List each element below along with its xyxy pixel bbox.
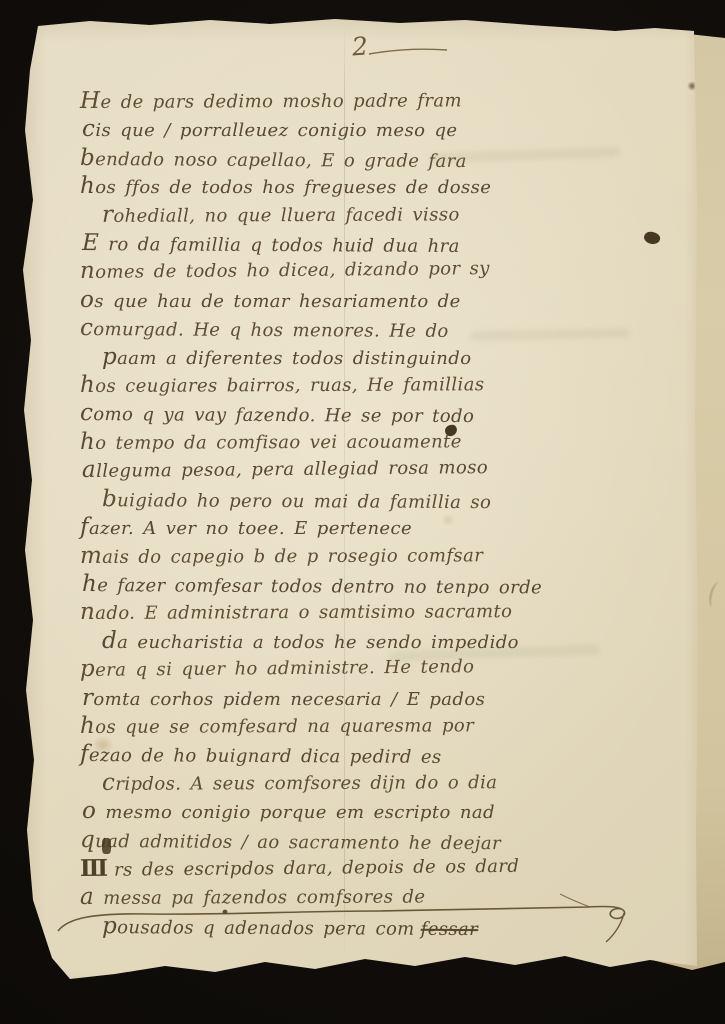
manuscript-line: fazer. A ver no toee. E pertenece	[80, 514, 680, 542]
manuscript-line-text: cripdos. A seus comfsores dijn do o dia	[102, 772, 497, 795]
backing-leaf-ink-mark	[707, 581, 725, 609]
manuscript-line: cis que / porralleuez conigio meso qe	[80, 116, 680, 144]
manuscript-line-text: fezao de ho buignard dica pedird es	[80, 745, 442, 768]
manuscript-line: paam a diferentes todos distinguindo	[80, 344, 680, 372]
ink-blot	[102, 838, 111, 854]
manuscript-line-text: fazer. A ver no toee. E pertenece	[80, 518, 412, 539]
manuscript-line: bendado noso capellao, E o grade fara	[80, 145, 680, 177]
manuscript-line-text: he fazer comfesar todos dentro no tenpo …	[82, 575, 542, 598]
manuscript-line: hos que se comfesard na quaresma por	[80, 710, 680, 741]
paragraph-mark: Ⅲ	[80, 860, 106, 881]
manuscript-line-text: nado. E administrara o samtisimo sacramt…	[80, 601, 512, 624]
manuscript-line: mais do capegio b de p rosegio comfsar	[80, 540, 680, 571]
struck-word: fessar	[421, 919, 479, 940]
manuscript-line-text: comurgad. He q hos menores. He do	[80, 319, 449, 342]
manuscript-line-text: a messa pa fazendos comfsores de	[80, 887, 426, 910]
manuscript-line: hos ffos de todos hos fregueses de dosse	[80, 173, 680, 201]
photo-of-manuscript: 2 He de pars dedimo mosho padre framcis …	[0, 0, 725, 1024]
manuscript-line-text: bendado noso capellao, E o grade fara	[80, 149, 467, 172]
manuscript-line: nado. E administrara o samtisimo sacramt…	[80, 597, 680, 628]
manuscript-line-text: hos ffos de todos hos fregueses de dosse	[80, 177, 491, 198]
folio-number: 2	[351, 31, 369, 61]
manuscript-line-text: da eucharistia a todos he sendo impedido	[102, 632, 519, 653]
manuscript-line-text: como q ya vay fazendo. He se por todo	[80, 404, 474, 427]
manuscript-line-text: pera q si quer ho administre. He tendo	[80, 656, 475, 681]
manuscript-line: He de pars dedimo mosho padre fram	[80, 85, 680, 116]
manuscript-line-text: buigiado ho pero ou mai da famillia so	[102, 490, 491, 513]
manuscript-line-text: ho tempo da comfisao vei acouamente	[80, 431, 462, 454]
manuscript-line-text: paam a diferentes todos distinguindo	[102, 348, 471, 369]
manuscript-line-text: rohediall, no que lluera facedi visso	[102, 204, 460, 227]
manuscript-line: rohediall, no que lluera facedi visso	[80, 199, 680, 230]
manuscript-line-text: os que hau de tomar hesariamento de	[80, 291, 461, 312]
manuscript-text-block: He de pars dedimo mosho padre framcis qu…	[80, 88, 680, 941]
manuscript-line-text: He de pars dedimo mosho padre fram	[80, 90, 462, 113]
manuscript-page: 2 He de pars dedimo mosho padre framcis …	[0, 0, 725, 1024]
manuscript-line: o mesmo conigio porque em escripto nad	[80, 798, 680, 826]
manuscript-line-text: quad admitidos / ao sacramento he deejar	[80, 831, 501, 854]
manuscript-line: pousados q adenados pera comfessar	[80, 913, 680, 945]
manuscript-line: hos ceugiares bairros, ruas, He famillia…	[80, 369, 680, 400]
manuscript-line-text: o mesmo conigio porque em escripto nad	[82, 802, 495, 823]
manuscript-line: Ⅲrs des escripdos dara, depois de os dar…	[80, 849, 680, 884]
manuscript-line: comurgad. He q hos menores. He do	[80, 315, 680, 347]
manuscript-line-text: E ro da famillia q todos huid dua hra	[82, 234, 460, 257]
manuscript-line: buigiado ho pero ou mai da famillia so	[80, 486, 680, 518]
manuscript-line-text: nomes de todos ho dicea, dizando por sy	[80, 259, 490, 284]
manuscript-line-text: hos que se comfesard na quaresma por	[80, 715, 474, 738]
manuscript-line-text: cis que / porralleuez conigio meso qe	[82, 120, 457, 141]
manuscript-line: romta corhos pidem necesaria / E pados	[80, 685, 680, 713]
manuscript-line-text: mais do capegio b de p rosegio comfsar	[80, 545, 483, 568]
manuscript-line: alleguma pesoa, pera allegiad rosa moso	[80, 452, 680, 486]
manuscript-line-text: rs des escripdos dara, depois de os dard	[114, 856, 519, 881]
manuscript-line-text: romta corhos pidem necesaria / E pados	[82, 689, 485, 710]
manuscript-line: pera q si quer ho administre. He tendo	[80, 650, 680, 684]
manuscript-line: a messa pa fazendos comfsores de	[80, 882, 680, 913]
manuscript-line-text: alleguma pesoa, pera allegiad rosa moso	[82, 457, 488, 482]
manuscript-line: os que hau de tomar hesariamento de	[80, 287, 680, 315]
manuscript-line: cripdos. A seus comfsores dijn do o dia	[80, 767, 680, 798]
manuscript-line-text: pousados q adenados pera com	[102, 917, 415, 940]
manuscript-line-text: hos ceugiares bairros, ruas, He famillia…	[80, 374, 485, 397]
manuscript-line: nomes de todos ho dicea, dizando por sy	[80, 253, 680, 287]
